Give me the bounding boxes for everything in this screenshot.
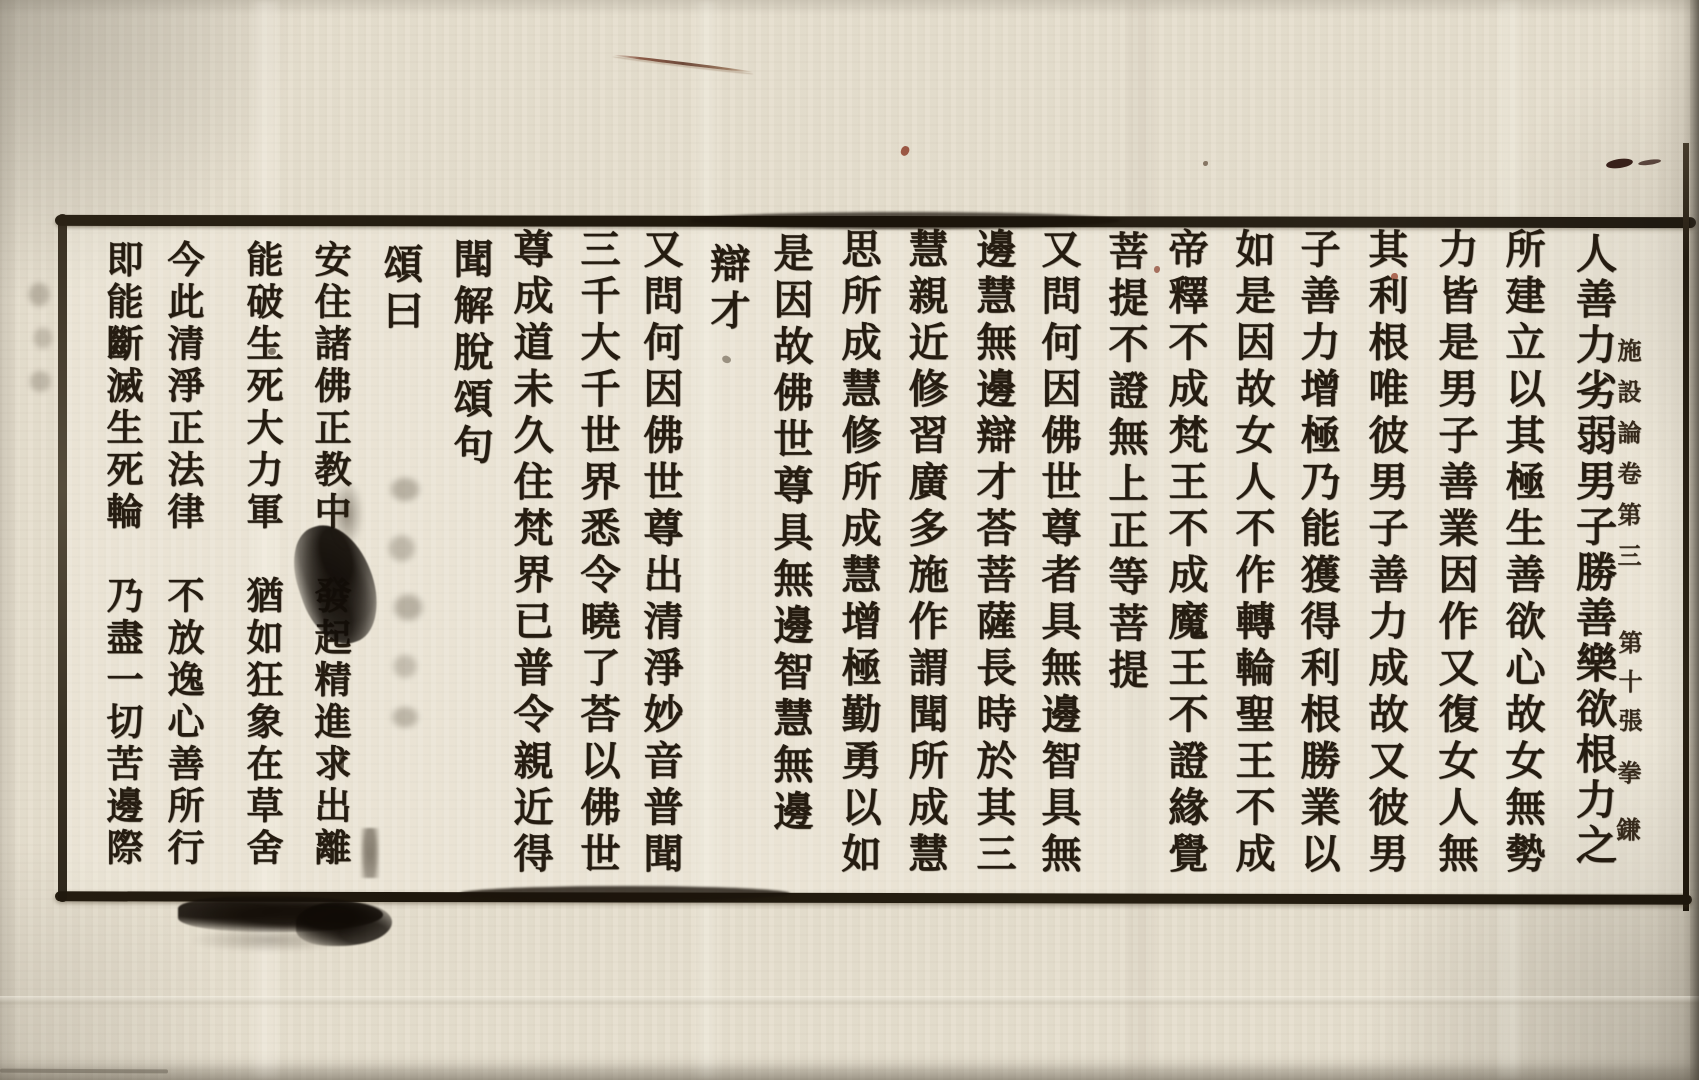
text-column: 頌曰 xyxy=(380,243,420,336)
text-column: 聞解脫頌句 xyxy=(450,238,490,471)
text-column: 是因故佛世尊具無邊智慧無邊 xyxy=(770,232,810,837)
text-column: 辯才 xyxy=(707,243,747,336)
paper-crease xyxy=(0,996,1699,1006)
frame-border-left xyxy=(58,214,67,902)
text-column-verse: 即能斷滅生死輪 乃盡一切苦邊際 xyxy=(103,240,140,870)
frame-border-right xyxy=(1683,143,1689,911)
ink-smudge xyxy=(330,478,364,550)
text-column-verse: 今此清淨正法律 不放逸心善所行 xyxy=(164,240,201,870)
text-column: 尊成道未久住梵界已普令親近得 xyxy=(510,228,550,879)
text-column: 菩提不證無上正等菩提 xyxy=(1105,230,1145,695)
text-column: 三千大千世界悉令曉了荅以佛世 xyxy=(577,228,617,879)
paper-scratch xyxy=(612,53,753,73)
paper-speck xyxy=(1203,161,1208,166)
margin-sheet-number: 第十張 xyxy=(1616,630,1640,747)
bleed-through-marks xyxy=(360,828,380,878)
margin-case-mark-upper: 拳 xyxy=(1615,760,1639,801)
text-column: 力皆是男子善業因作又復女人無 xyxy=(1435,228,1475,879)
text-column: 子善力增極乃能獲得利根勝業以 xyxy=(1297,228,1337,879)
text-column: 其利根唯彼男子善力成故又彼男 xyxy=(1365,228,1405,879)
red-speck xyxy=(900,145,911,157)
scanned-page: 施設論卷第三 第十張 拳 鎌 人善力劣弱男子勝善樂欲根力之 所建立以其極生善欲心… xyxy=(0,0,1699,1080)
text-column: 思所成慧修所成慧增極勤勇以如 xyxy=(838,228,878,879)
text-column: 帝釋不成梵王不成魔王不證緣覺 xyxy=(1165,228,1205,879)
scan-edge-shadow xyxy=(1690,0,1699,1080)
frame-border-top-smudge xyxy=(690,212,1120,229)
text-column: 所建立以其極生善欲心故女無勢 xyxy=(1502,228,1542,879)
text-column: 邊慧無邊辯才荅菩薩長時於其三 xyxy=(973,228,1013,879)
text-column: 如是因故女人不作轉輪聖王不成 xyxy=(1232,228,1272,879)
text-column: 又問何因佛世尊者具無邊智具無 xyxy=(1038,228,1078,879)
margin-case-mark-lower: 鎌 xyxy=(1614,817,1638,858)
frame-border-bottom-smudge xyxy=(460,886,790,901)
bleed-through-marks xyxy=(378,468,432,736)
text-column: 又問何因佛世尊出清淨妙音普聞 xyxy=(640,228,680,879)
scan-edge-shadow xyxy=(0,1062,1699,1080)
bleed-through-marks xyxy=(22,276,60,400)
text-column: 慧親近修習廣多施作謂聞所成慧 xyxy=(905,228,945,879)
ink-smudge xyxy=(192,928,350,952)
text-column-verse: 能破生死大力軍 猶如狂象在草舍 xyxy=(243,240,280,870)
text-column: 人善力劣弱男子勝善樂欲根力之 xyxy=(1572,232,1613,869)
margin-title: 施設論卷第三 xyxy=(1615,338,1639,584)
ink-dash xyxy=(1606,157,1634,170)
